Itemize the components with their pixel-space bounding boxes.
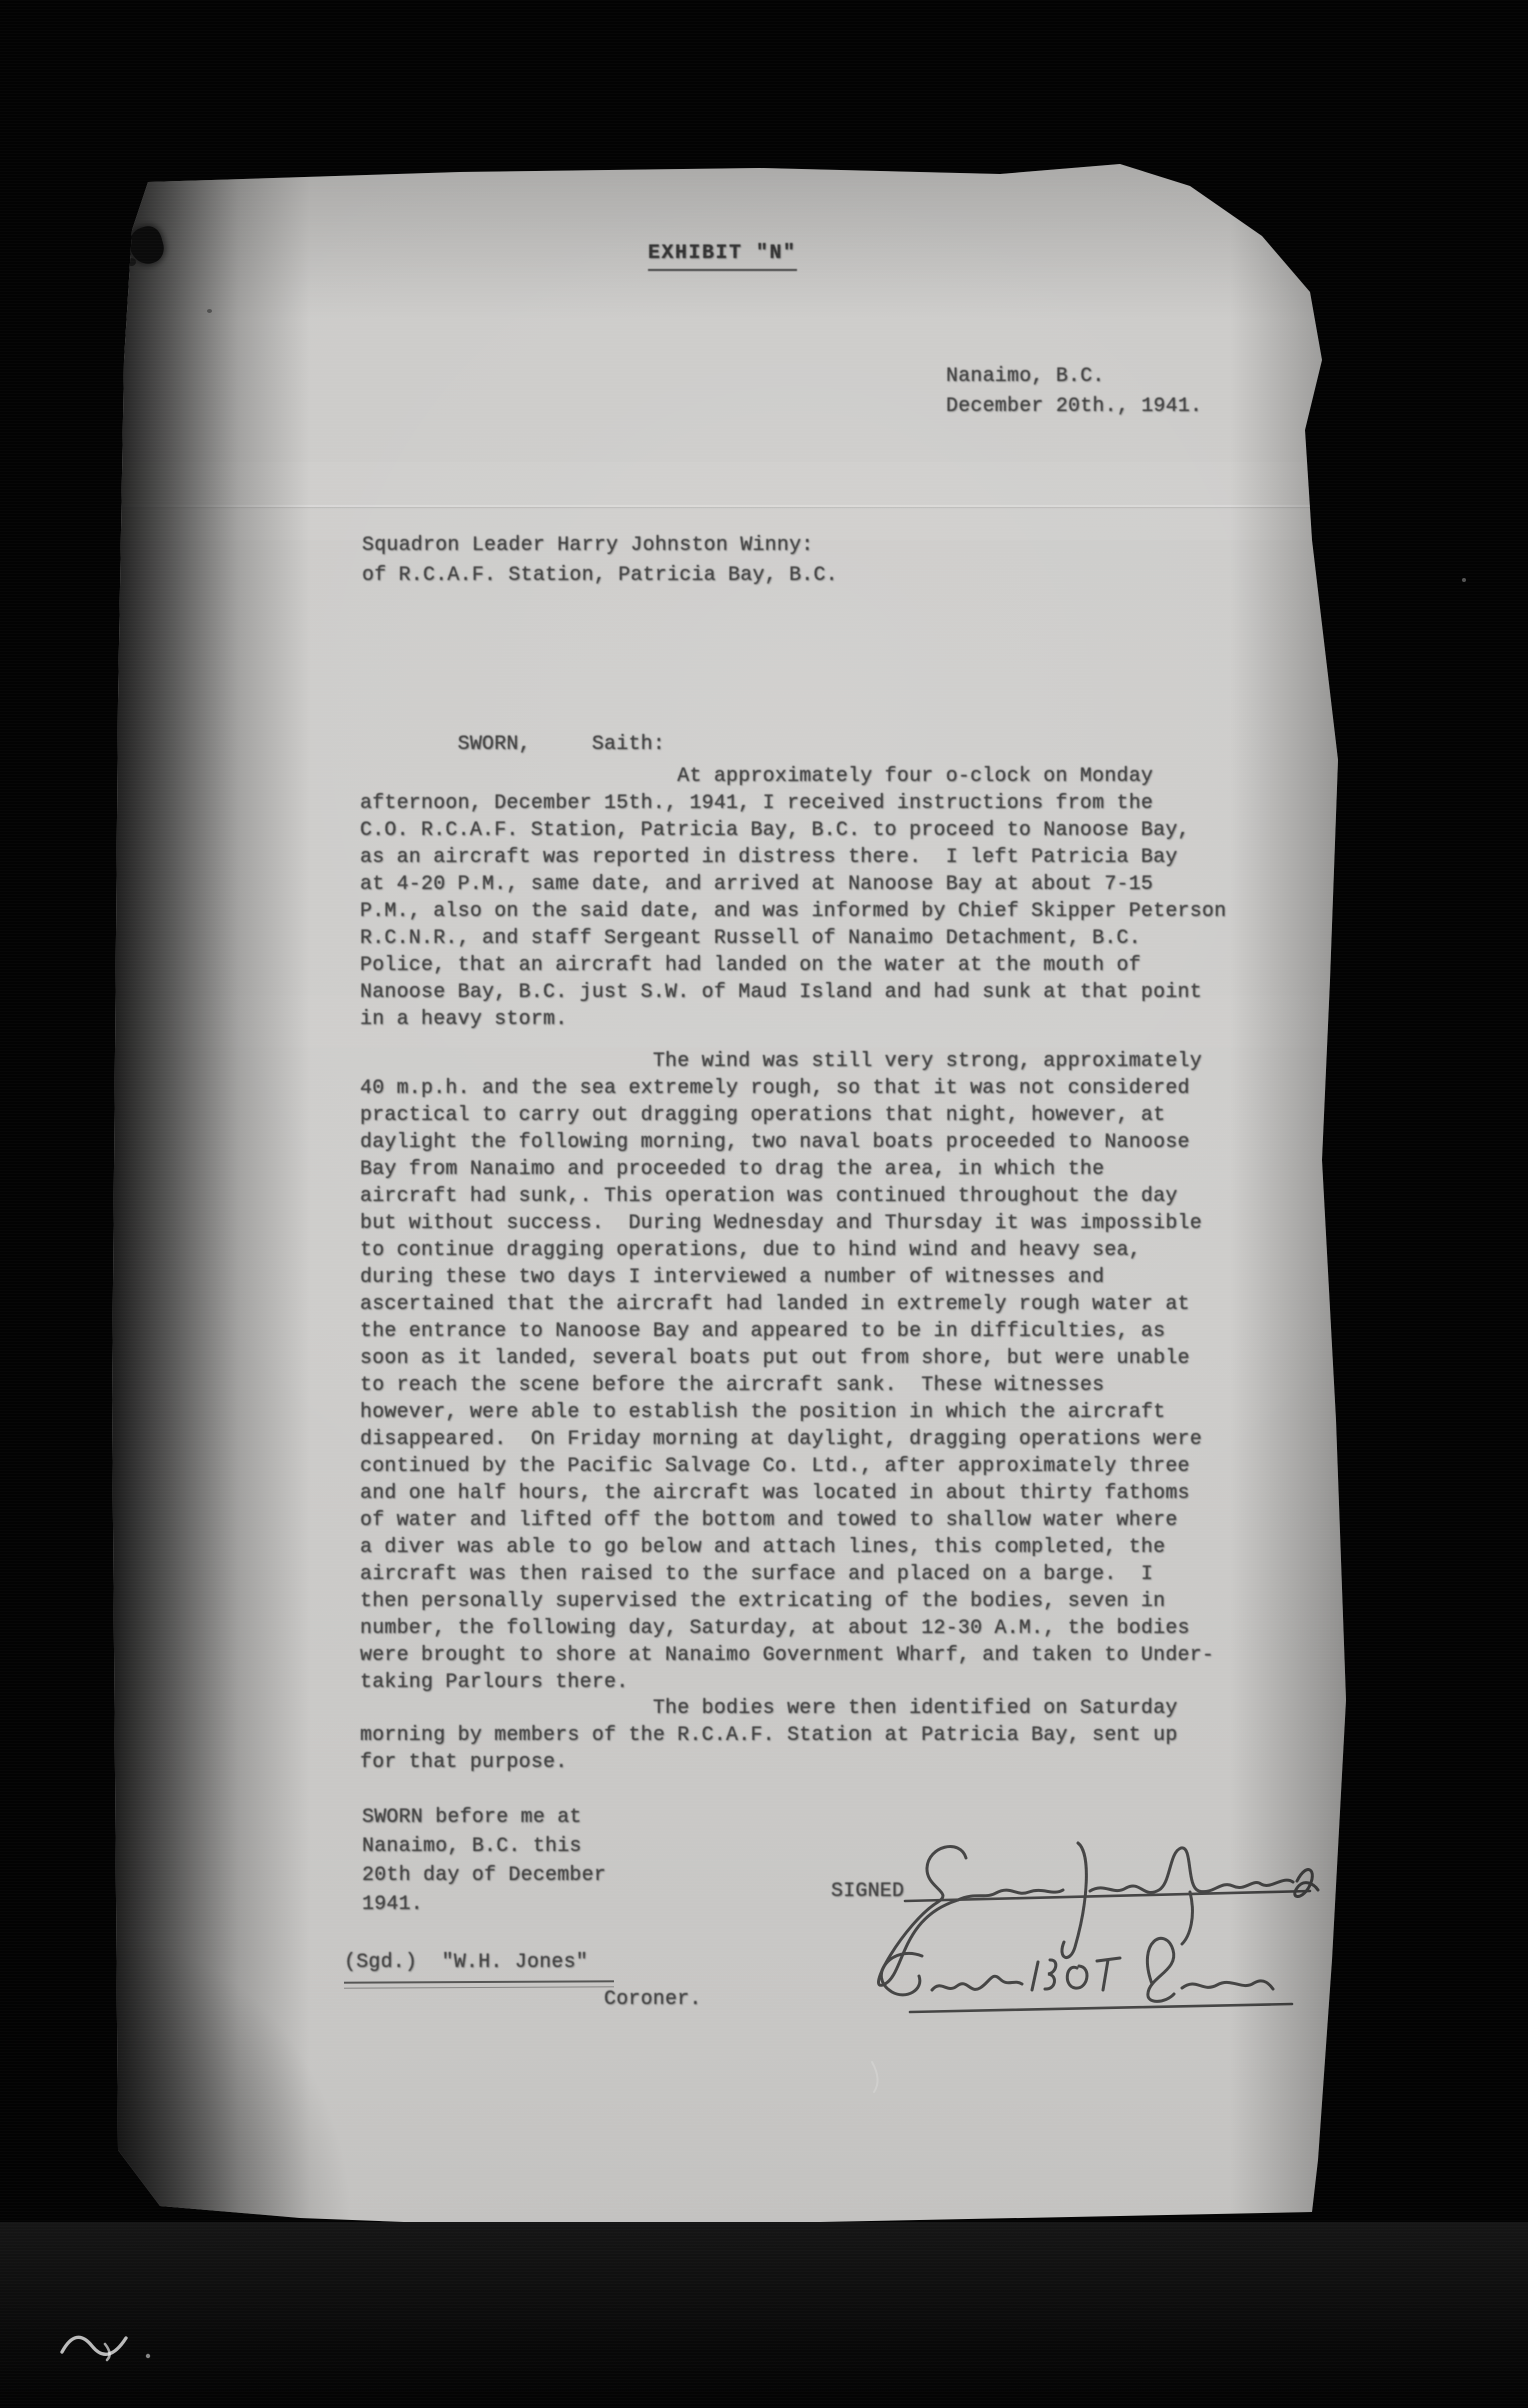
scratch-mark	[146, 2354, 150, 2358]
scratch-mark	[62, 2337, 126, 2354]
scratch-mark	[1462, 578, 1466, 582]
scan-background: EXHIBIT "N" Nanaimo, B.C.December 20th.,…	[0, 0, 1528, 2408]
scratch-mark	[105, 2344, 110, 2360]
scan-artifacts	[0, 0, 1528, 2408]
scratch-mark	[872, 2062, 878, 2092]
